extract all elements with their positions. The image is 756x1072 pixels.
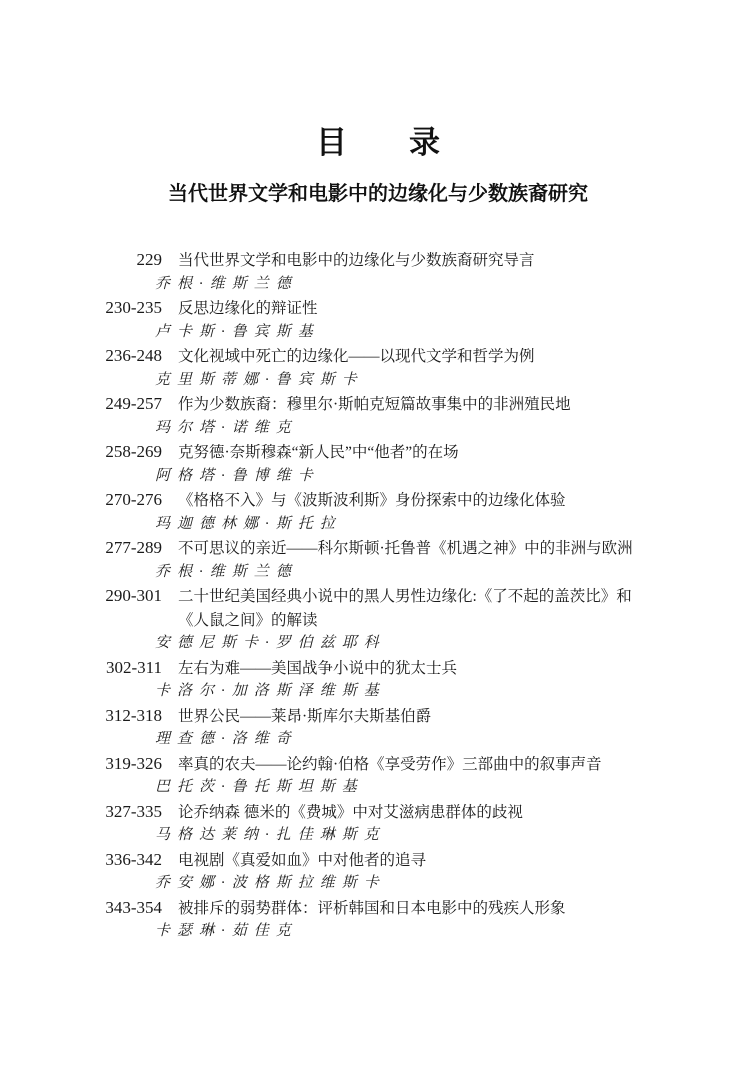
toc-entry: 230-235 反思边缘化的辩证性 卢卡斯·鲁宾斯基 xyxy=(98,296,666,344)
toc-entry: 236-248 文化视域中死亡的边缘化——以现代文学和哲学为例 克里斯蒂娜·鲁宾… xyxy=(98,344,666,392)
toc-entry: 229 当代世界文学和电影中的边缘化与少数族裔研究导言 乔根·维斯兰德 xyxy=(98,248,666,296)
entry-title: 二十世纪美国经典小说中的黑人男性边缘化:《了不起的盖茨比》和《人鼠之间》的解读 xyxy=(178,585,662,632)
toc-entry: 302-311 左右为难——美国战争小说中的犹太士兵 卡洛尔·加洛斯泽维斯基 xyxy=(98,656,666,704)
entry-author: 阿格塔·鲁博维卡 xyxy=(98,465,666,489)
entry-title: 论乔纳森 德米的《费城》中对艾滋病患群体的歧视 xyxy=(178,801,662,825)
entry-page-range: 290-301 xyxy=(98,584,162,608)
toc-entry: 343-354 被排斥的弱势群体：评析韩国和日本电影中的残疾人形象 卡瑟琳·茹佳… xyxy=(98,896,666,944)
toc-entry-title-row: 258-269 克努德·奈斯穆森“新人民”中“他者”的在场 xyxy=(98,440,666,465)
entry-author: 乔根·维斯兰德 xyxy=(98,273,666,297)
entry-title: 左右为难——美国战争小说中的犹太士兵 xyxy=(178,657,662,681)
entry-page-range: 258-269 xyxy=(98,440,162,464)
entry-title: 作为少数族裔：穆里尔·斯帕克短篇故事集中的非洲殖民地 xyxy=(178,393,662,417)
entry-author: 卡瑟琳·茹佳克 xyxy=(98,920,666,944)
entry-page-range: 230-235 xyxy=(98,296,162,320)
entry-page-range: 236-248 xyxy=(98,344,162,368)
entry-author: 玛迦德林娜·斯托拉 xyxy=(98,513,666,537)
entry-title: 克努德·奈斯穆森“新人民”中“他者”的在场 xyxy=(178,441,662,465)
toc-entry: 312-318 世界公民——莱昂·斯库尔夫斯基伯爵 理查德·洛维奇 xyxy=(98,704,666,752)
entry-page-range: 229 xyxy=(98,248,162,272)
entry-title: 当代世界文学和电影中的边缘化与少数族裔研究导言 xyxy=(178,249,662,273)
toc-entry-title-row: 236-248 文化视域中死亡的边缘化——以现代文学和哲学为例 xyxy=(98,344,666,369)
entry-author: 安德尼斯卡·罗伯兹耶科 xyxy=(98,632,666,656)
toc-entry: 277-289 不可思议的亲近——科尔斯顿·托鲁普《机遇之神》中的非洲与欧洲 乔… xyxy=(98,536,666,584)
toc-entry-title-row: 290-301 二十世纪美国经典小说中的黑人男性边缘化:《了不起的盖茨比》和《人… xyxy=(98,584,666,632)
entry-page-range: 327-335 xyxy=(98,800,162,824)
toc-entry: 319-326 率真的农夫——论约翰·伯格《享受劳作》三部曲中的叙事声音 巴托茨… xyxy=(98,752,666,800)
toc-entry-title-row: 327-335 论乔纳森 德米的《费城》中对艾滋病患群体的歧视 xyxy=(98,800,666,825)
entry-author: 克里斯蒂娜·鲁宾斯卡 xyxy=(98,369,666,393)
toc-entry: 290-301 二十世纪美国经典小说中的黑人男性边缘化:《了不起的盖茨比》和《人… xyxy=(98,584,666,656)
entry-page-range: 319-326 xyxy=(98,752,162,776)
entry-author: 马格达莱纳·扎佳琳斯克 xyxy=(98,824,666,848)
toc-entry-title-row: 336-342 电视剧《真爱如血》中对他者的追寻 xyxy=(98,848,666,873)
entry-title: 不可思议的亲近——科尔斯顿·托鲁普《机遇之神》中的非洲与欧洲 xyxy=(178,537,662,561)
entry-title: 《格格不入》与《波斯波利斯》身份探索中的边缘化体验 xyxy=(178,489,662,513)
entry-page-range: 336-342 xyxy=(98,848,162,872)
entry-title: 电视剧《真爱如血》中对他者的追寻 xyxy=(178,849,662,873)
toc-entry-title-row: 312-318 世界公民——莱昂·斯库尔夫斯基伯爵 xyxy=(98,704,666,729)
toc-entry-title-row: 249-257 作为少数族裔：穆里尔·斯帕克短篇故事集中的非洲殖民地 xyxy=(98,392,666,417)
entry-author: 卢卡斯·鲁宾斯基 xyxy=(98,321,666,345)
entry-page-range: 302-311 xyxy=(98,656,162,680)
toc-entry: 336-342 电视剧《真爱如血》中对他者的追寻 乔安娜·波格斯拉维斯卡 xyxy=(98,848,666,896)
entry-page-range: 343-354 xyxy=(98,896,162,920)
toc-heading: 目 录 xyxy=(0,126,756,160)
entry-page-range: 270-276 xyxy=(98,488,162,512)
entry-page-range: 277-289 xyxy=(98,536,162,560)
toc-entry-title-row: 230-235 反思边缘化的辩证性 xyxy=(98,296,666,321)
toc-entry: 270-276 《格格不入》与《波斯波利斯》身份探索中的边缘化体验 玛迦德林娜·… xyxy=(98,488,666,536)
entry-author: 乔根·维斯兰德 xyxy=(98,561,666,585)
document-page: 目 录 当代世界文学和电影中的边缘化与少数族裔研究 229 当代世界文学和电影中… xyxy=(0,0,756,1072)
entry-title: 反思边缘化的辩证性 xyxy=(178,297,662,321)
entry-author: 巴托茨·鲁托斯坦斯基 xyxy=(98,776,666,800)
entry-title: 世界公民——莱昂·斯库尔夫斯基伯爵 xyxy=(178,705,662,729)
toc-entry-title-row: 277-289 不可思议的亲近——科尔斯顿·托鲁普《机遇之神》中的非洲与欧洲 xyxy=(98,536,666,561)
toc-entry-title-row: 319-326 率真的农夫——论约翰·伯格《享受劳作》三部曲中的叙事声音 xyxy=(98,752,666,777)
toc-entry: 327-335 论乔纳森 德米的《费城》中对艾滋病患群体的歧视 马格达莱纳·扎佳… xyxy=(98,800,666,848)
entry-title: 被排斥的弱势群体：评析韩国和日本电影中的残疾人形象 xyxy=(178,897,662,921)
entry-page-range: 312-318 xyxy=(98,704,162,728)
toc-entry: 258-269 克努德·奈斯穆森“新人民”中“他者”的在场 阿格塔·鲁博维卡 xyxy=(98,440,666,488)
issue-title: 当代世界文学和电影中的边缘化与少数族裔研究 xyxy=(0,180,756,208)
toc-entry-title-row: 302-311 左右为难——美国战争小说中的犹太士兵 xyxy=(98,656,666,681)
entry-author: 理查德·洛维奇 xyxy=(98,728,666,752)
toc-entry-title-row: 270-276 《格格不入》与《波斯波利斯》身份探索中的边缘化体验 xyxy=(98,488,666,513)
entry-title: 率真的农夫——论约翰·伯格《享受劳作》三部曲中的叙事声音 xyxy=(178,753,662,777)
toc-entry-title-row: 343-354 被排斥的弱势群体：评析韩国和日本电影中的残疾人形象 xyxy=(98,896,666,921)
entry-page-range: 249-257 xyxy=(98,392,162,416)
entry-author: 玛尔塔·诺维克 xyxy=(98,417,666,441)
toc-entry: 249-257 作为少数族裔：穆里尔·斯帕克短篇故事集中的非洲殖民地 玛尔塔·诺… xyxy=(98,392,666,440)
entry-author: 卡洛尔·加洛斯泽维斯基 xyxy=(98,680,666,704)
toc-entry-title-row: 229 当代世界文学和电影中的边缘化与少数族裔研究导言 xyxy=(98,248,666,273)
entry-title: 文化视域中死亡的边缘化——以现代文学和哲学为例 xyxy=(178,345,662,369)
toc-list: 229 当代世界文学和电影中的边缘化与少数族裔研究导言 乔根·维斯兰德 230-… xyxy=(0,248,756,944)
entry-author: 乔安娜·波格斯拉维斯卡 xyxy=(98,872,666,896)
